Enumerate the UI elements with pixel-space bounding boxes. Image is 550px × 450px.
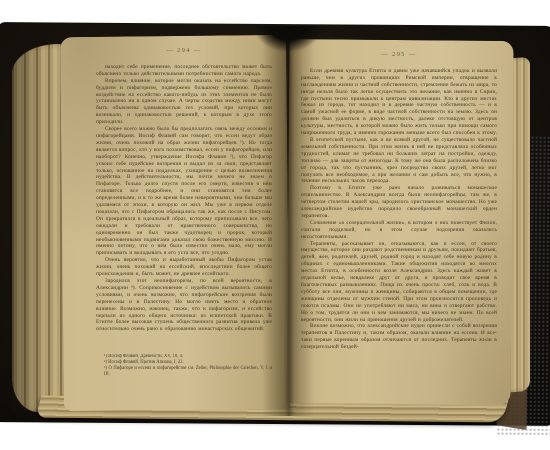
paragraph: Вполне возможно, что александрийские иуд… bbox=[301, 323, 497, 351]
left-page-number: — 294 — bbox=[96, 48, 272, 55]
paragraph: Зародился этот неопифагоризм, по всей ве… bbox=[96, 278, 272, 333]
paragraph: Если древняя культура Египта и давно уже… bbox=[301, 68, 497, 137]
paragraph: Терапевты, рассказывает он, отказываются… bbox=[301, 241, 497, 324]
paragraph: Скорее всего можно было бы предполагать … bbox=[96, 126, 272, 257]
left-page-footnotes: ¹) Иосиф Флавий, Древности, XV, 10, 4. ²… bbox=[104, 354, 272, 388]
paragraph: Впрочем, влияние, которое могли оказать … bbox=[96, 78, 272, 126]
book-photo: — 294 — находит себе применение, последн… bbox=[0, 0, 550, 450]
paragraph: Поэтому в Египте уже рано начало развива… bbox=[301, 185, 497, 220]
paragraph: находит себе применение, последнее обсто… bbox=[96, 64, 272, 78]
paragraph: Очень вероятно, что и выработанный якобы… bbox=[96, 257, 272, 278]
right-page-text: — 295 — Если древняя культура Египта и д… bbox=[301, 52, 497, 390]
right-page-number: — 295 — bbox=[301, 52, 497, 59]
paragraph: Сочинение «о созерцательной жизни», в ко… bbox=[301, 220, 497, 241]
paragraph: В египетской пустыне, как и во всякой др… bbox=[301, 137, 497, 185]
left-page-text: — 294 — находит себе применение, последн… bbox=[96, 48, 272, 350]
footnote: ³) О Пифагоре и ессеях и пифагорействе с… bbox=[104, 366, 272, 378]
